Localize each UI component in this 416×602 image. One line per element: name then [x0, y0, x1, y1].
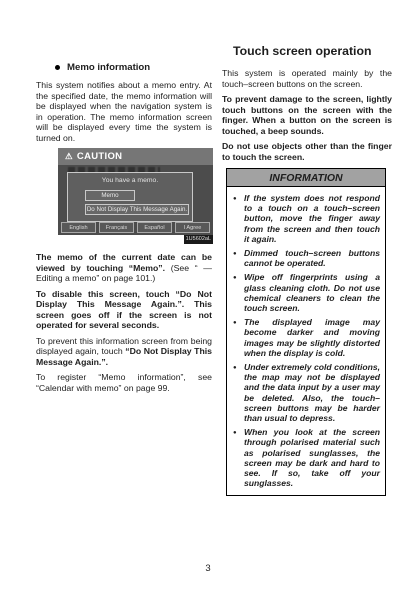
memo-information-heading: Memo information	[36, 62, 212, 73]
touch-screen-operation-heading: Touch screen operation	[222, 44, 392, 58]
info-item-polarised-sunglasses: When you look at the screen through pola…	[233, 427, 380, 488]
do-not-display-button: Do Not Display This Message Again.	[85, 204, 189, 215]
language-button-espanol: Español	[137, 222, 172, 233]
memo-intro-paragraph: This system notifies about a memo entry.…	[36, 80, 212, 143]
info-item-dimmed-buttons: Dimmed touch–screen buttons cannot be op…	[233, 248, 380, 268]
language-button-english: English	[61, 222, 96, 233]
prevent-damage-paragraph: To prevent damage to the screen, lightly…	[222, 94, 392, 136]
touch-intro-paragraph: This system is operated mainly by the to…	[222, 68, 392, 89]
prevent-display-paragraph: To prevent this information screen from …	[36, 336, 212, 368]
information-box-title: INFORMATION	[227, 169, 385, 187]
figure-id-tag: 1U5602aL	[184, 235, 213, 244]
info-item-cold-display: The displayed image may become darker an…	[233, 317, 380, 358]
warning-triangle-icon: ⚠	[65, 152, 73, 161]
memo-information-heading-text: Memo information	[67, 62, 150, 73]
language-button-row: English Français Español I Agree	[61, 222, 210, 233]
memo-popup-message: You have a memo.	[68, 177, 192, 184]
right-column: Touch screen operation This system is op…	[222, 44, 392, 496]
page-number: 3	[0, 563, 416, 574]
language-button-i-agree: I Agree	[175, 222, 210, 233]
caution-screen-body: You have a memo. Memo Do Not Display Thi…	[58, 165, 213, 235]
figure-tag-row: 1U5602aL	[58, 235, 213, 244]
finger-only-paragraph: Do not use objects other than the finger…	[222, 141, 392, 162]
memo-view-paragraph: The memo of the current date can be view…	[36, 252, 212, 284]
info-item-extreme-cold: Under extremely cold conditions, the map…	[233, 362, 380, 423]
information-list: If the system does not respond to a touc…	[227, 187, 385, 495]
bullet-icon	[55, 65, 60, 70]
caution-screen-figure: ⚠ CAUTION You have a memo. Memo Do Not D…	[58, 148, 213, 244]
left-column: Memo information This system notifies ab…	[36, 62, 212, 398]
caution-title: CAUTION	[77, 151, 122, 162]
manual-page: Memo information This system notifies ab…	[0, 0, 416, 602]
caution-header-bar: ⚠ CAUTION	[58, 148, 213, 165]
disable-screen-paragraph: To disable this screen, touch “Do Not Di…	[36, 289, 212, 331]
info-item-no-response: If the system does not respond to a touc…	[233, 193, 380, 244]
language-button-francais: Français	[99, 222, 134, 233]
register-memo-paragraph: To register “Memo information”, see “Cal…	[36, 372, 212, 393]
memo-popup: You have a memo. Memo Do Not Display Thi…	[67, 172, 193, 222]
information-box: INFORMATION If the system does not respo…	[226, 168, 386, 496]
info-item-fingerprints: Wipe off fingerprints using a glass clea…	[233, 272, 380, 313]
memo-button: Memo	[85, 190, 135, 201]
